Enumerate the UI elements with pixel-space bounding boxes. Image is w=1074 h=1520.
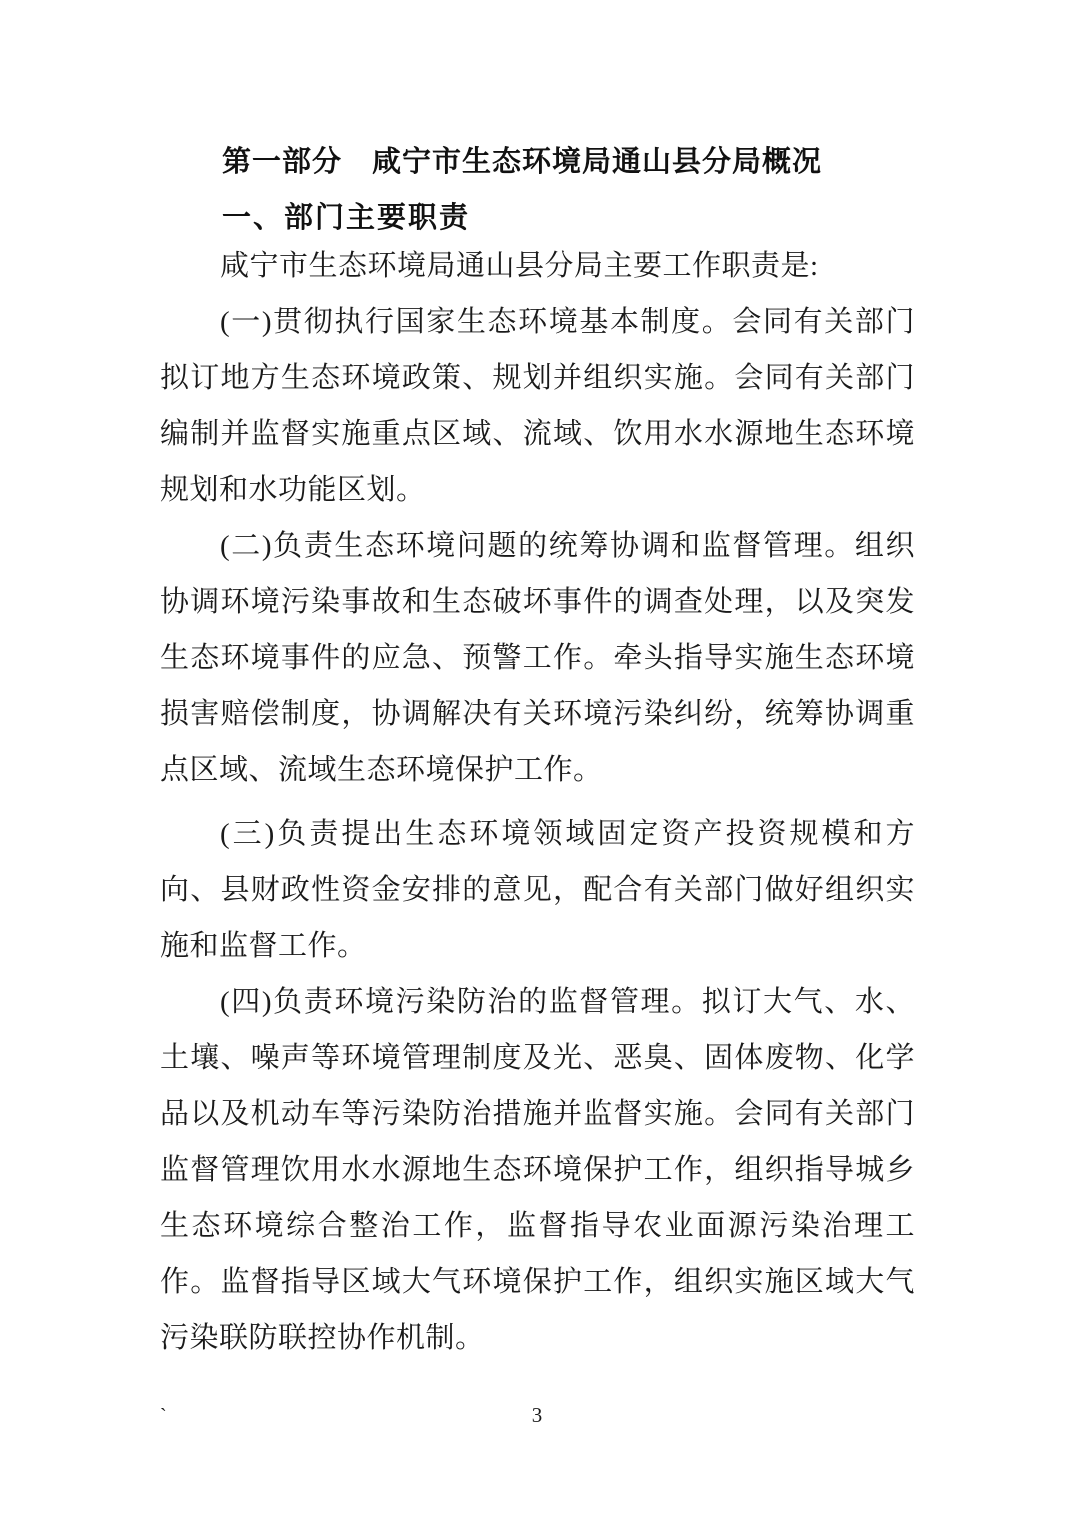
duty-paragraph-3: (三)负责提出生态环境领域固定资产投资规模和方向、县财政性资金安排的意见，配合有… [160,806,915,974]
page-number: 3 [0,1402,1074,1428]
duty-paragraph-1: (一)贯彻执行国家生态环境基本制度。会同有关部门拟订地方生态环境政策、规划并组织… [160,294,915,518]
document-page: 第一部分 咸宁市生态环境局通山县分局概况 一、部门主要职责 咸宁市生态环境局通山… [0,0,1074,1520]
intro-paragraph: 咸宁市生态环境局通山县分局主要工作职责是: [160,238,915,294]
document-content: 第一部分 咸宁市生态环境局通山县分局概况 一、部门主要职责 咸宁市生态环境局通山… [160,134,915,1366]
duty-paragraph-2: (二)负责生态环境问题的统筹协调和监督管理。组织协调环境污染事故和生态破坏事件的… [160,518,915,798]
page-title: 第一部分 咸宁市生态环境局通山县分局概况 [160,134,915,190]
duty-paragraph-4: (四)负责环境污染防治的监督管理。拟订大气、水、土壤、噪声等环境管理制度及光、恶… [160,974,915,1366]
